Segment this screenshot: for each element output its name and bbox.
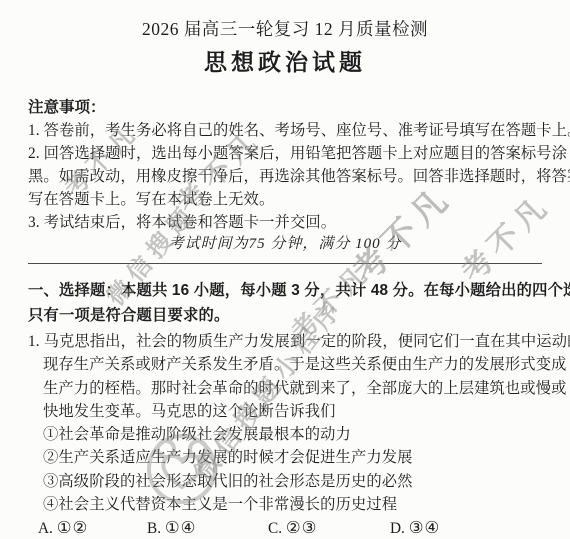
option-d: D. ③④: [390, 518, 440, 538]
notice-section: 注意事项： 1. 答卷前，考生务必将自己的姓名、考场号、座位号、准考证号填写在答…: [28, 96, 560, 235]
option-b-value: ①④: [165, 518, 197, 537]
option-a: A. ①②: [38, 518, 88, 538]
notice-line-3: 黑。如需改动，用橡皮擦干净后，再选涂其他答案标号。回答非选择题时，将答案: [28, 165, 560, 188]
question-1: 1. 马克思指出，社会的物质生产力发展到一定的阶段，便同它们一直在其中运动的 现…: [28, 330, 560, 539]
option-a-label: A.: [38, 520, 53, 537]
option-b-label: B.: [147, 520, 161, 537]
question-stem-line: 生产力的桎梏。那时社会革命的时代就到来了，全部庞大的上层建筑也或慢或: [28, 377, 560, 400]
exam-title: 2026 届高三一轮复习 12 月质量检测: [0, 16, 570, 41]
section-one-heading: 一、选择题：本题共 16 小题，每小题 3 分，共计 48 分。在每小题给出的四…: [28, 279, 570, 328]
option-d-value: ③④: [409, 518, 441, 537]
section-heading-line-1: 一、选择题：本题共 16 小题，每小题 3 分，共计 48 分。在每小题给出的四…: [28, 279, 570, 304]
statement-3: ③高级阶段的社会形态取代旧的社会形态是历史的必然: [28, 470, 560, 493]
notice-heading: 注意事项：: [28, 96, 560, 119]
statement-1: ①社会革命是推动阶级社会发展最根本的动力: [28, 423, 560, 446]
question-stem-line: 1. 马克思指出，社会的物质生产力发展到一定的阶段，便同它们一直在其中运动的: [28, 330, 560, 353]
exam-duration-info: 考试时间为75 分钟，满分 100 分: [0, 232, 570, 253]
notice-line-4: 写在答题卡上。写在本试卷上无效。: [28, 188, 560, 211]
option-c-label: C.: [268, 520, 282, 537]
option-a-value: ①②: [57, 518, 89, 537]
statement-2: ②生产关系适应生产力发展的时候才会促进生产力发展: [28, 446, 560, 469]
option-c-value: ②③: [286, 518, 318, 537]
option-d-label: D.: [390, 520, 405, 537]
notice-line-1: 1. 答卷前，考生务必将自己的姓名、考场号、座位号、准考证号填写在答题卡上。: [28, 119, 560, 142]
options-row: A. ①② B. ①④ C. ②③ D. ③④: [28, 516, 560, 539]
exam-paper-page: 考不凡考不凡微信搜题考不凡考不凡考不凡微信搜题小程序 2026 届高三一轮复习 …: [0, 0, 570, 539]
section-divider: [28, 263, 542, 264]
option-c: C. ②③: [268, 518, 317, 538]
question-stem-line: 快地发生变革。马克思的这个论断告诉我们: [28, 400, 560, 423]
section-heading-line-2: 只有一项是符合题目要求的。: [28, 304, 570, 329]
question-stem-line: 现存生产关系或财产关系发生矛盾。于是这些关系便由生产力的发展形式变成: [28, 353, 560, 376]
exam-subject-title: 思想政治试题: [0, 44, 570, 77]
notice-line-2: 2. 回答选择题时，选出每小题答案后，用铅笔把答题卡上对应题目的答案标号涂: [28, 142, 560, 165]
option-b: B. ①④: [147, 518, 196, 538]
statement-4: ④社会主义代替资本主义是一个非常漫长的历史过程: [28, 493, 560, 516]
